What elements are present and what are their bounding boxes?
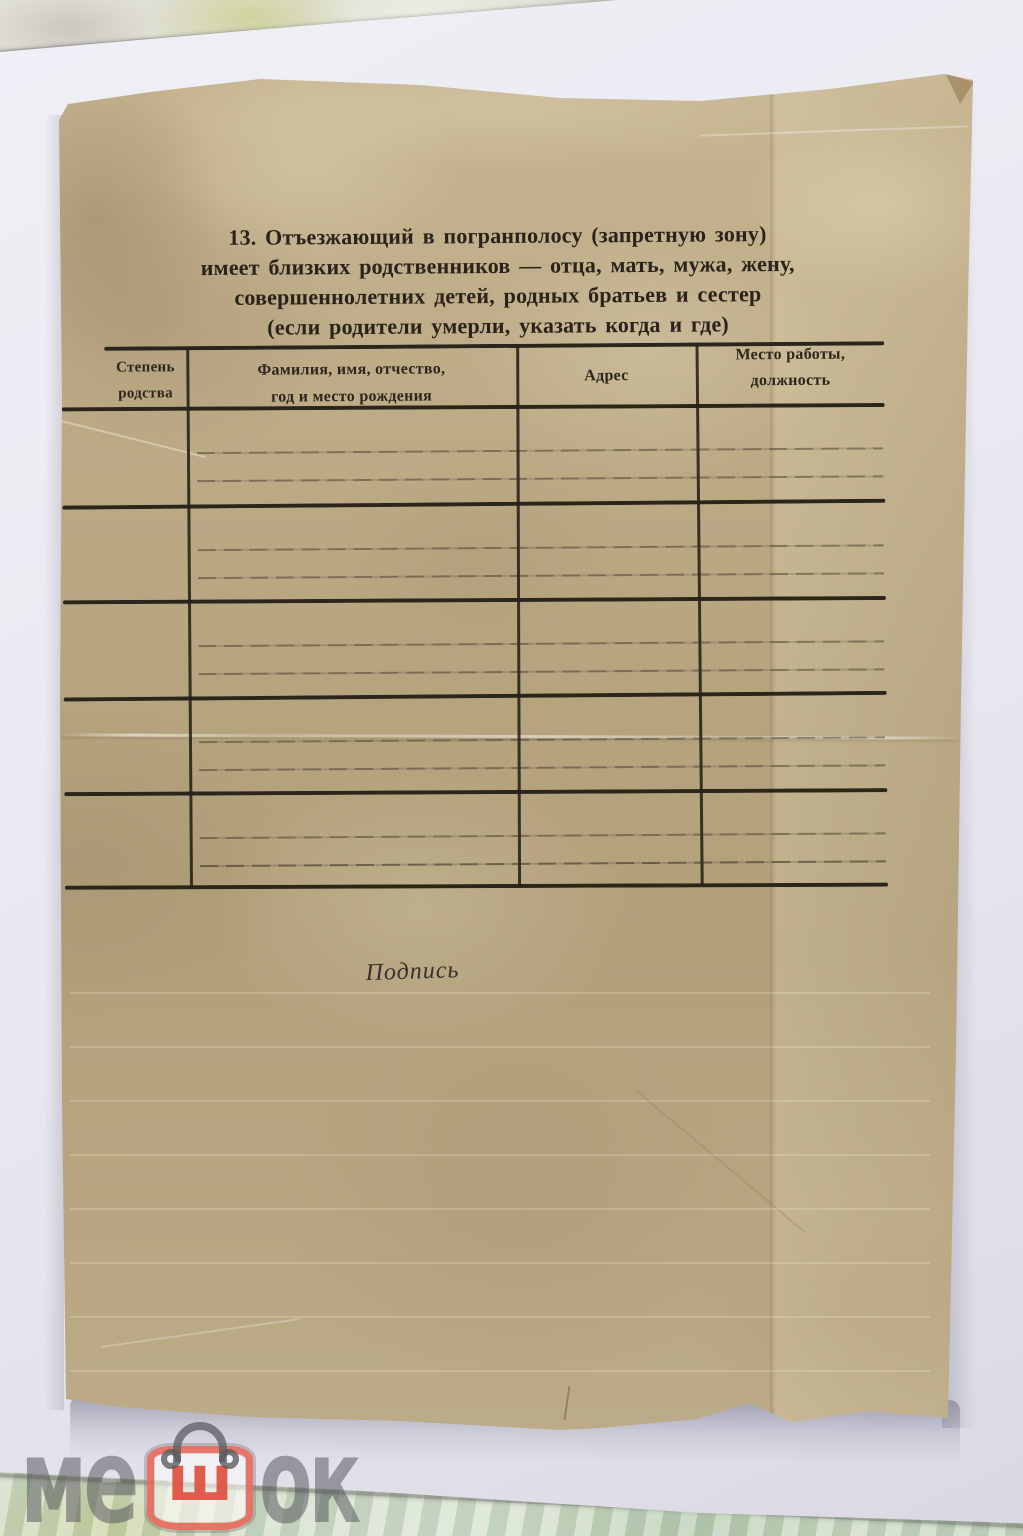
row-separator — [64, 691, 887, 702]
writing-line — [198, 544, 884, 551]
shopping-bag-icon: ш — [147, 1422, 253, 1530]
watermark-text-prefix: ме — [20, 1422, 135, 1536]
writing-line — [198, 572, 884, 579]
row-separator — [63, 596, 886, 604]
section-title: 13. Отъезжающий в погранполосу (запретну… — [127, 218, 868, 343]
writing-line — [197, 475, 883, 482]
writing-line — [197, 447, 883, 454]
column-border — [696, 345, 704, 886]
column-header-degree: Степень родства — [104, 354, 186, 407]
watermark-text-suffix: ок — [259, 1422, 357, 1536]
column-header-work: Место работы, должность — [698, 341, 882, 394]
signature-label: Подпись — [365, 957, 460, 987]
column-header-name: Фамилия, имя, отчество, год и место рожд… — [188, 355, 514, 411]
writing-line — [199, 736, 885, 743]
writing-line — [200, 860, 886, 867]
column-header-address: Адрес — [517, 362, 695, 390]
photo-of-document: 13. Отъезжающий в погранполосу (запретну… — [0, 0, 1023, 1536]
section-title-line: (если родители умерли, указать когда и г… — [128, 308, 868, 343]
table-bottom-border — [65, 883, 888, 890]
shopping-bag-ring — [219, 1449, 239, 1469]
watermark-meshok: ме ш ок — [16, 1414, 436, 1536]
column-border — [186, 348, 193, 889]
writing-line — [198, 640, 884, 647]
writing-line — [200, 832, 886, 839]
writing-line — [199, 764, 885, 771]
row-separator — [64, 788, 887, 796]
writing-line — [199, 668, 885, 675]
row-separator — [62, 499, 885, 510]
form-paper: 13. Отъезжающий в погранполосу (запретну… — [0, 0, 1023, 1536]
column-border — [516, 346, 521, 887]
shopping-bag-ring — [161, 1449, 181, 1469]
printed-form-content: 13. Отъезжающий в погранполосу (запретну… — [0, 0, 1023, 1536]
